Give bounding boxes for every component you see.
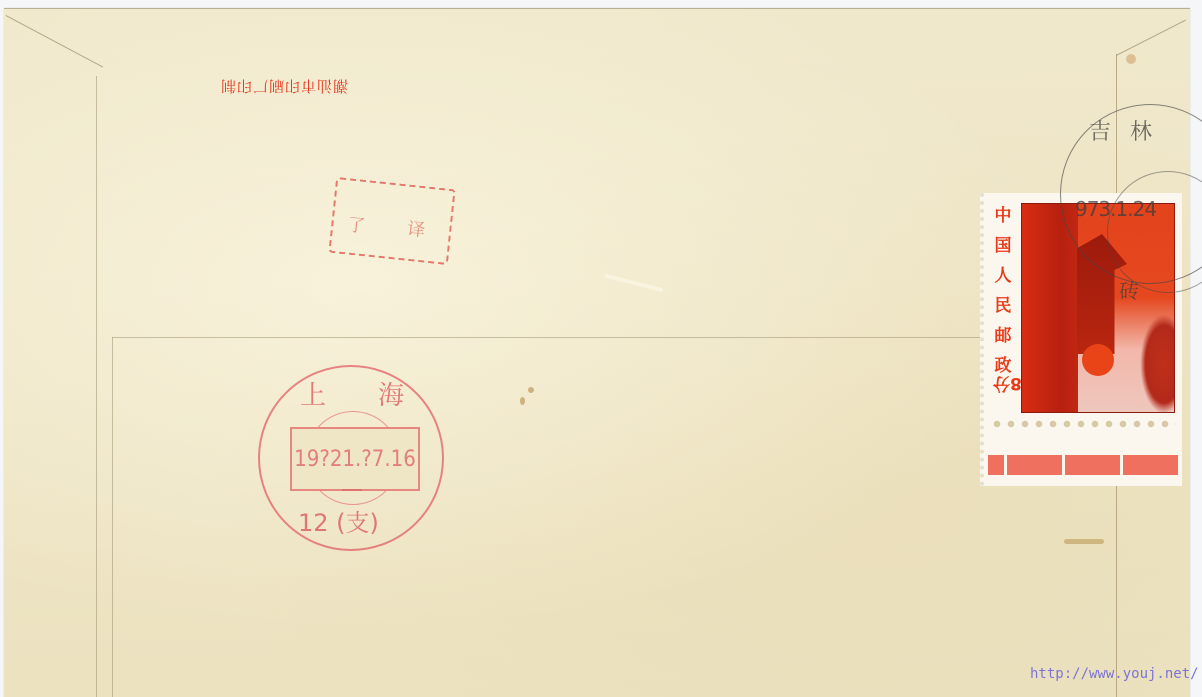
stamp-denomination: 8分 [993, 373, 1022, 398]
printer-imprint: 潮汕市印刷厂印制 [220, 76, 348, 97]
watermark-url: http://www.youj.net/ [1030, 666, 1199, 682]
foxing-spot [520, 397, 525, 405]
foxing-spot [528, 387, 534, 393]
flap-fold-left [96, 76, 97, 697]
stamp-char: 邮 [992, 321, 1014, 351]
postmark-bottom-code: 砖 [1119, 275, 1139, 304]
stamp-perforation-dots [990, 419, 1176, 429]
sun-icon [1082, 344, 1114, 376]
stamp-margin-color-bar [988, 455, 1178, 475]
paper-scuff [604, 274, 663, 292]
postmark-date: 973.1.24 [1075, 197, 1156, 221]
postmark-bottom-code: 12 (支) [298, 503, 379, 538]
flap-edge-top-right [1116, 20, 1186, 56]
postmark-city-char: 海 [378, 375, 404, 412]
tree-illustration [1140, 314, 1175, 413]
flap-edge-top-left [6, 15, 104, 68]
arrival-postmark: 上 海 19?21.?7.16 12 (支) [258, 365, 444, 551]
stamp-char: 民 [992, 291, 1014, 321]
postmark-date: 19?21.?7.16 [290, 427, 420, 491]
foxing-spot [1126, 54, 1136, 64]
postmark-city-char: 上 [300, 375, 326, 412]
postmark-city: 吉 林 [1089, 115, 1158, 146]
foxing-stain [1064, 539, 1104, 544]
stamp-char: 中 [992, 201, 1014, 231]
flap-fold-horizontal [112, 337, 1122, 338]
flap-fold-left-inner [112, 337, 113, 697]
stamp-char: 人 [992, 261, 1014, 291]
box-chop-mark: 了 译 [328, 177, 455, 265]
box-chop-char: 译 [406, 215, 427, 243]
box-chop-char: 了 [346, 210, 367, 238]
stamp-country-text: 中 国 人 民 邮 政 [992, 201, 1014, 381]
stamp-char: 国 [992, 231, 1014, 261]
postmark-center-dash [342, 489, 362, 491]
